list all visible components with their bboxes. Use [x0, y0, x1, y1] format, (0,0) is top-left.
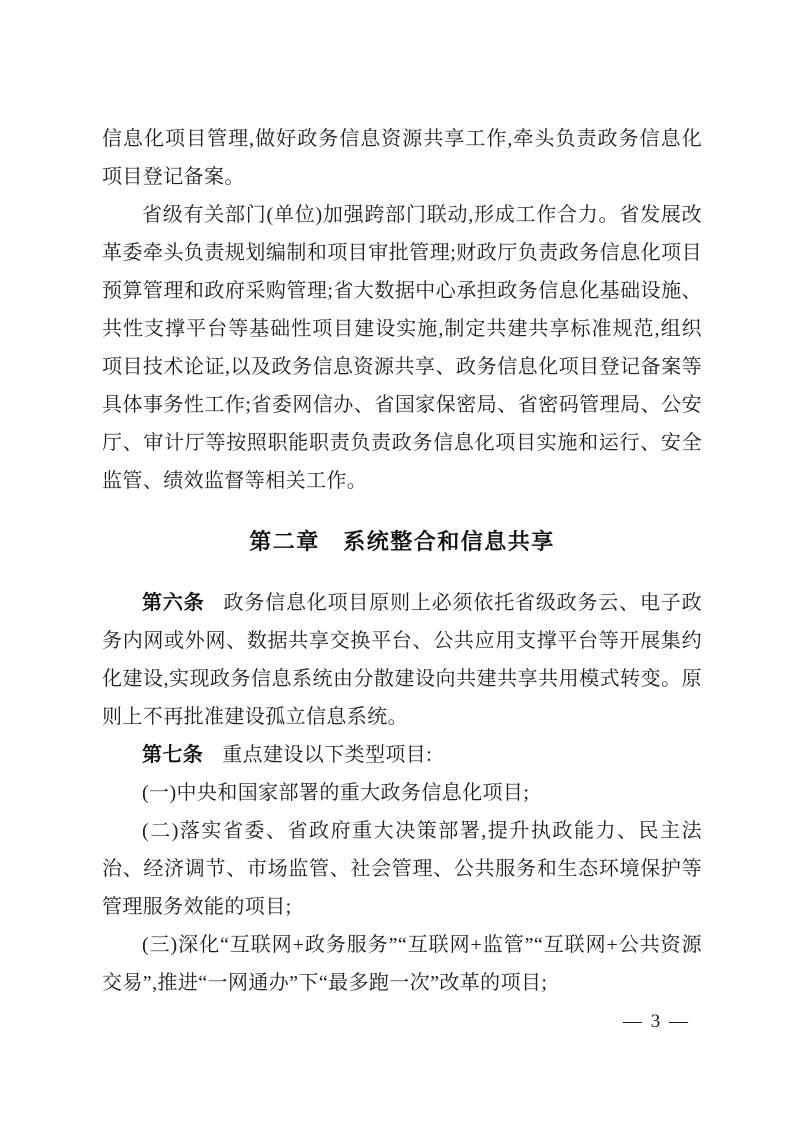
- document-page: 信息化项目管理,做好政务信息资源共享工作,牵头负责政务信息化项目登记备案。 省级…: [0, 0, 800, 1131]
- document-body: 信息化项目管理,做好政务信息资源共享工作,牵头负责政务信息化项目登记备案。 省级…: [102, 120, 702, 1002]
- article-7-term: 第七条: [142, 744, 203, 766]
- paragraph-article-7: 第七条重点建设以下类型项目:: [102, 736, 702, 774]
- chapter-heading: 第二章 系统整合和信息共享: [102, 526, 702, 558]
- paragraph-continuation: 信息化项目管理,做好政务信息资源共享工作,牵头负责政务信息化项目登记备案。: [102, 120, 702, 196]
- paragraph-departments: 省级有关部门(单位)加强跨部门联动,形成工作合力。省发展改革委牵头负责规划编制和…: [102, 196, 702, 500]
- article-7-text: 重点建设以下类型项目:: [222, 744, 432, 766]
- list-item-3: (三)深化“互联网+政务服务”“互联网+监管”“互联网+公共资源交易”,推进“一…: [102, 926, 702, 1002]
- page-number: — 3 —: [102, 1004, 702, 1040]
- list-item-1: (一)中央和国家部署的重大政务信息化项目;: [102, 774, 702, 812]
- paragraph-article-6: 第六条政务信息化项目原则上必须依托省级政务云、电子政务内网或外网、数据共享交换平…: [102, 584, 702, 736]
- article-6-term: 第六条: [142, 592, 204, 614]
- list-item-2: (二)落实省委、省政府重大决策部署,提升执政能力、民主法治、经济调节、市场监管、…: [102, 812, 702, 926]
